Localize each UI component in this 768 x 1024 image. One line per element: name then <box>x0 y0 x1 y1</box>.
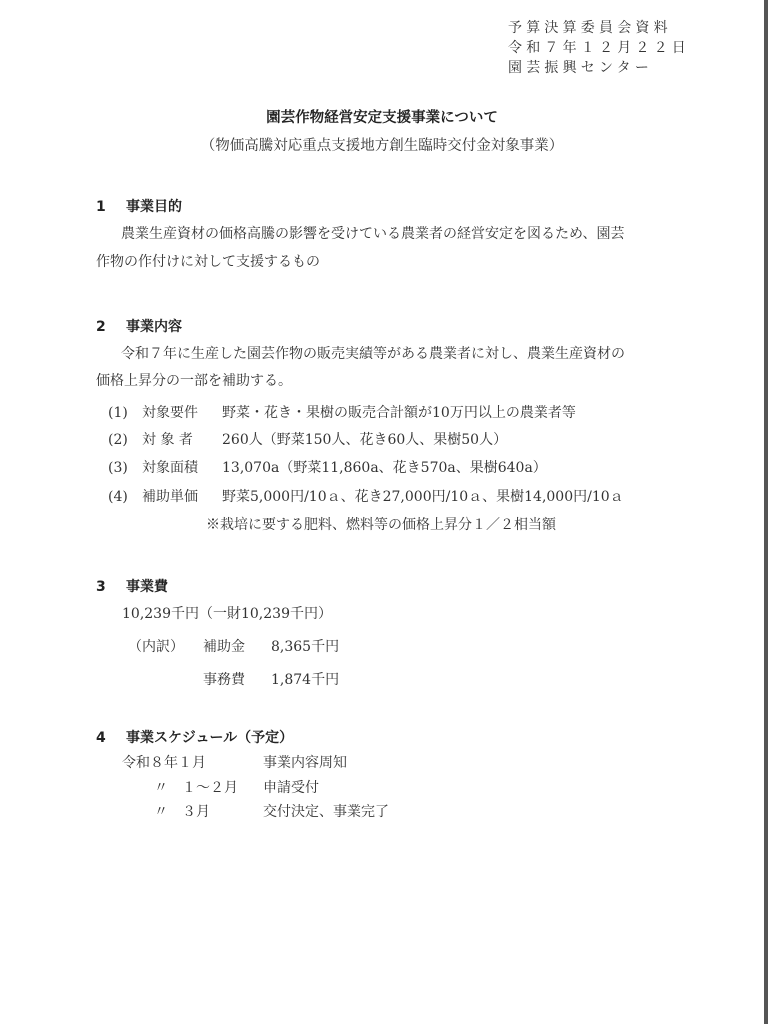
schedule-row: 〃 １～２月申請受付 <box>154 777 319 797</box>
schedule-row: 〃 ３月交付決定、事業完了 <box>154 801 389 821</box>
item-value: 野菜・花き・果樹の販売合計額が10万円以上の農業者等 <box>222 405 576 421</box>
section-1-text-line-1: 農業生産資材の価格高騰の影響を受けている農業者の経営安定を図るため、園芸 <box>121 223 624 243</box>
breakdown-label: （内訳） <box>128 636 184 656</box>
item-label: 対象面積 <box>142 457 222 477</box>
section-2-text-line-2: 価格上昇分の一部を補助する。 <box>96 370 292 390</box>
section-number: 1 <box>96 199 126 215</box>
item-number: (3) <box>108 460 142 476</box>
item-row: (1)対象要件野菜・花き・果樹の販売合計額が10万円以上の農業者等 <box>108 402 576 422</box>
schedule-date: 〃 １～２月 <box>154 777 263 797</box>
header-committee: 予算決算委員会資料 <box>508 18 672 38</box>
item-label: 対象要件 <box>142 402 222 422</box>
section-number: 4 <box>96 730 126 746</box>
section-title: 事業スケジュール（予定） <box>126 730 293 746</box>
item-value: 野菜5,000円/10ａ、花き27,000円/10ａ、果樹14,000円/10ａ <box>222 489 624 505</box>
header-department: 園芸振興センター <box>508 58 653 78</box>
schedule-event: 申請受付 <box>263 780 319 796</box>
item-value: 13,070a（野菜11,860a、花き570a、果樹640a） <box>222 460 547 476</box>
section-2-text-line-1: 令和７年に生産した園芸作物の販売実績等がある農業者に対し、農業生産資材の <box>121 343 625 363</box>
section-1-text-line-2: 作物の作付けに対して支援するもの <box>96 251 320 271</box>
section-number: 2 <box>96 319 126 335</box>
subsidy-note: ※栽培に要する肥料、燃料等の価格上昇分１／２相当額 <box>206 514 556 534</box>
document-page: 予算決算委員会資料 令和７年１２月２２日 園芸振興センター 園芸作物経営安定支援… <box>0 0 764 1024</box>
section-4-heading: 4事業スケジュール（予定） <box>96 727 293 747</box>
total-cost: 10,239千円（一財10,239千円） <box>122 603 332 623</box>
item-label: 対 象 者 <box>142 429 222 449</box>
document-subtitle: （物価高騰対応重点支援地方創生臨時交付金対象事業） <box>0 134 764 155</box>
section-2-heading: 2事業内容 <box>96 316 182 336</box>
section-1-heading: 1事業目的 <box>96 196 182 216</box>
header-date: 令和７年１２月２２日 <box>508 38 690 58</box>
breakdown-item-label: 補助金 <box>203 636 271 656</box>
schedule-event: 交付決定、事業完了 <box>263 804 389 820</box>
section-3-heading: 3事業費 <box>96 576 168 596</box>
breakdown-row: 補助金8,365千円 <box>203 636 339 656</box>
item-row: (4)補助単価野菜5,000円/10ａ、花き27,000円/10ａ、果樹14,0… <box>108 486 624 506</box>
item-number: (4) <box>108 489 142 505</box>
item-number: (1) <box>108 405 142 421</box>
schedule-event: 事業内容周知 <box>263 755 347 771</box>
section-title: 事業目的 <box>126 199 182 215</box>
breakdown-row: 事務費1,874千円 <box>203 669 339 689</box>
breakdown-item-value: 1,874千円 <box>271 672 339 688</box>
section-number: 3 <box>96 579 126 595</box>
item-label: 補助単価 <box>142 486 222 506</box>
breakdown-item-value: 8,365千円 <box>271 639 339 655</box>
schedule-date: 令和８年１月 <box>122 752 263 772</box>
item-row: (2)対 象 者260人（野菜150人、花き60人、果樹50人） <box>108 429 507 449</box>
page-edge-divider <box>764 0 768 1024</box>
schedule-row: 令和８年１月事業内容周知 <box>122 752 347 772</box>
breakdown-item-label: 事務費 <box>203 669 271 689</box>
item-value: 260人（野菜150人、花き60人、果樹50人） <box>222 432 507 448</box>
item-row: (3)対象面積13,070a（野菜11,860a、花き570a、果樹640a） <box>108 457 547 477</box>
section-title: 事業費 <box>126 579 168 595</box>
schedule-date: 〃 ３月 <box>154 801 263 821</box>
document-title: 園芸作物経営安定支援事業について <box>0 106 764 127</box>
item-number: (2) <box>108 432 142 448</box>
section-title: 事業内容 <box>126 319 182 335</box>
